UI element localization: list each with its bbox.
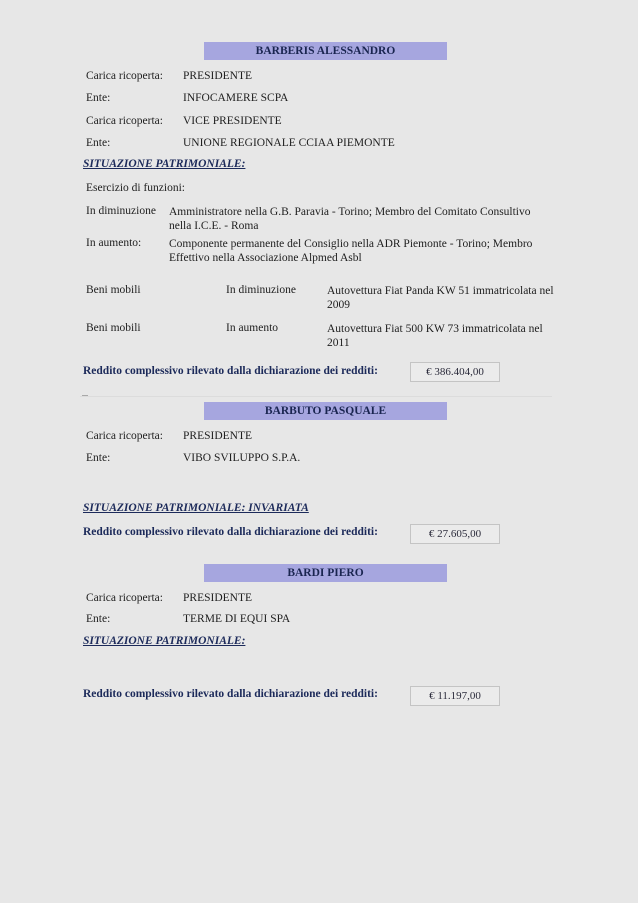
ente-label: Ente: — [86, 613, 110, 625]
ente-label: Ente: — [86, 137, 110, 149]
carica-value: PRESIDENTE — [183, 592, 252, 604]
situazione-patrimoniale-heading: SITUAZIONE PATRIMONIALE: INVARIATA — [83, 502, 309, 514]
reddito-label: Reddito complessivo rilevato dalla dichi… — [83, 688, 378, 700]
beni-description: Autovettura Fiat Panda KW 51 immatricola… — [327, 284, 567, 312]
person-header-barbuto: BARBUTO PASQUALE — [204, 402, 447, 420]
funzioni-diminuzione-text: Amministratore nella G.B. Paravia - Tori… — [169, 205, 554, 233]
carica-label: Carica ricoperta: — [86, 70, 163, 82]
beni-type: Beni mobili — [86, 284, 141, 296]
beni-change: In diminuzione — [226, 284, 296, 296]
reddito-value-box: € 11.197,00 — [410, 686, 500, 706]
beni-description: Autovettura Fiat 500 KW 73 immatricolata… — [327, 322, 567, 350]
carica-value: VICE PRESIDENTE — [183, 115, 282, 127]
ente-value: INFOCAMERE SCPA — [183, 92, 288, 104]
carica-label: Carica ricoperta: — [86, 430, 163, 442]
situazione-patrimoniale-heading: SITUAZIONE PATRIMONIALE: — [83, 635, 245, 647]
carica-value: PRESIDENTE — [183, 70, 252, 82]
beni-type: Beni mobili — [86, 322, 141, 334]
carica-label: Carica ricoperta: — [86, 592, 163, 604]
reddito-value-box: € 386.404,00 — [410, 362, 500, 382]
ente-label: Ente: — [86, 452, 110, 464]
reddito-label: Reddito complessivo rilevato dalla dichi… — [83, 526, 378, 538]
person-header-bardi: BARDI PIERO — [204, 564, 447, 582]
ente-label: Ente: — [86, 92, 110, 104]
reddito-label: Reddito complessivo rilevato dalla dichi… — [83, 365, 378, 377]
divider-mark — [82, 395, 88, 396]
person-header-barberis: BARBERIS ALESSANDRO — [204, 42, 447, 60]
funzioni-aumento-text: Componente permanente del Consiglio nell… — [169, 237, 554, 265]
funzioni-aumento-label: In aumento: — [86, 237, 141, 249]
situazione-patrimoniale-heading: SITUAZIONE PATRIMONIALE: — [83, 158, 245, 170]
ente-value: VIBO SVILUPPO S.P.A. — [183, 452, 300, 464]
document-page: BARBERIS ALESSANDRO Carica ricoperta: PR… — [0, 0, 638, 903]
beni-change: In aumento — [226, 322, 278, 334]
carica-label: Carica ricoperta: — [86, 115, 163, 127]
reddito-value-box: € 27.605,00 — [410, 524, 500, 544]
carica-value: PRESIDENTE — [183, 430, 252, 442]
section-divider — [80, 396, 552, 397]
esercizio-funzioni-label: Esercizio di funzioni: — [86, 182, 185, 194]
ente-value: TERME DI EQUI SPA — [183, 613, 290, 625]
funzioni-diminuzione-label: In diminuzione — [86, 205, 156, 217]
ente-value: UNIONE REGIONALE CCIAA PIEMONTE — [183, 137, 395, 149]
